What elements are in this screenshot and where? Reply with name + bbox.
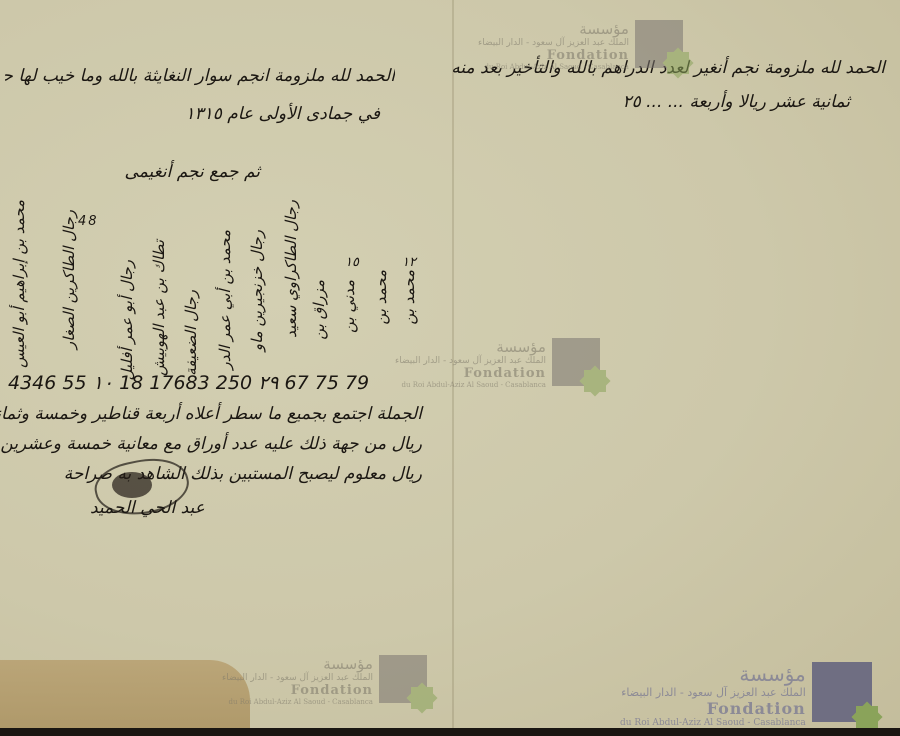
numbers-row: 4346 55 ١٠ 18 17683 250 ٢٩ 67 75 79 (8, 372, 369, 394)
column-note: 48 (78, 214, 99, 229)
foundation-watermark: مؤسسة الملك عبد العزيز آل سعود - الدار ا… (478, 20, 683, 71)
right-page-line2: ثمانية عشر ريالا وأربعة ... ... ٢٥ (622, 92, 850, 112)
left-page-header-line2: في جمادى الأولى عام ١٣١٥ (185, 104, 380, 124)
column-entry: مزراق بن (310, 280, 328, 340)
summary-line2: ريال من جهة ذلك عليه عدد أوراق مع معانية… (0, 434, 422, 454)
left-page-subheading: ثم جمع نجم أنغيمى (125, 162, 260, 182)
foundation-watermark: مؤسسة الملك عبد العزيز آل سعود - الدار ا… (395, 338, 600, 389)
seal-ink-blot (112, 472, 152, 498)
column-note: ١٢ (402, 255, 416, 270)
foundation-logo-icon (812, 662, 872, 722)
column-entry: رجال أبو عمر أفليل (118, 260, 136, 380)
summary-line1: الجملة اجتمع بجميع ما سطر أعلاه أربعة قن… (0, 404, 422, 424)
signature: عبد الحي الحميد (90, 498, 205, 518)
column-entry: تطاك بن عبد الهوبيش (150, 240, 168, 376)
scan-edge (0, 728, 900, 736)
manuscript-page: الحمد لله ملزومة نجم أنغير لعدد الدراهم … (0, 0, 900, 736)
foundation-logo-icon (379, 655, 427, 703)
foundation-watermark-primary: مؤسسة الملك عبد العزيز آل سعود - الدار ا… (620, 662, 872, 728)
foundation-logo-icon (552, 338, 600, 386)
column-entry: محمد بن (400, 270, 418, 325)
foundation-watermark: مؤسسة الملك عبد العزيز آل سعود - الدار ا… (222, 655, 427, 706)
column-entry: مدني بن (340, 280, 358, 333)
column-entry: محمد بن إبراهيم أبو العيس (10, 200, 28, 368)
left-page-header-line1: الحمد لله ملزومة انجم سوار النغايثة بالل… (5, 66, 395, 86)
column-entry: رجال الضعيفة (182, 290, 200, 376)
foundation-logo-icon (635, 20, 683, 68)
column-entry: محمد بن أبي عمر الدر (216, 230, 234, 370)
column-entry: محمد بن (372, 270, 390, 325)
column-entry: رجال الطاكرين الصغار (60, 210, 78, 349)
column-entry: رجال خزنجيرين ماو (248, 230, 266, 351)
water-stain (0, 660, 250, 736)
column-entry: رجال الطاكراوي سعيد (282, 200, 300, 338)
column-note: ١٥ (345, 255, 359, 270)
